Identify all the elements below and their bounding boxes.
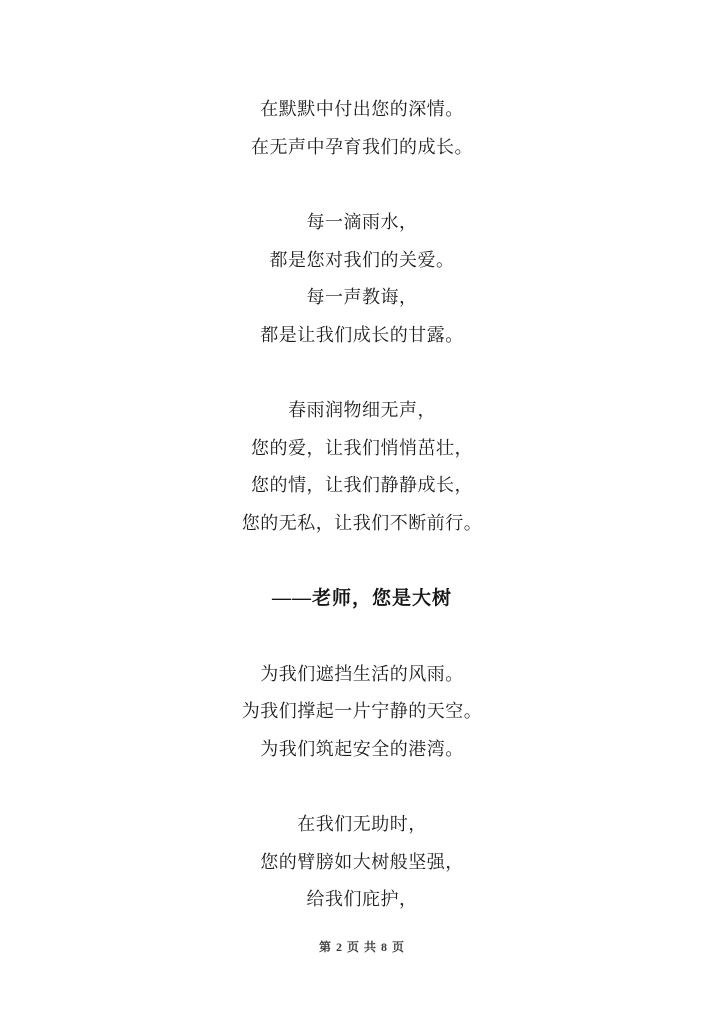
poem-line: 春雨润物细无声， [0, 392, 724, 430]
poem-section-heading: ——老师，您是大树 [0, 580, 724, 618]
poem-line: 为我们撑起一片宁静的天空。 [0, 693, 724, 731]
poem-stanza: 为我们遮挡生活的风雨。 为我们撑起一片宁静的天空。 为我们筑起安全的港湾。 [0, 656, 724, 769]
poem-stanza: 在我们无助时， 您的臂膀如大树般坚强， 给我们庇护， [0, 806, 724, 919]
poem-line: 每一声教诲， [0, 279, 724, 317]
document-page: 在默默中付出您的深情。 在无声中孕育我们的成长。 每一滴雨水， 都是您对我们的关… [0, 0, 724, 1024]
poem-line: 在无声中孕育我们的成长。 [0, 129, 724, 167]
poem-line: 在默默中付出您的深情。 [0, 91, 724, 129]
poem-line: 为我们遮挡生活的风雨。 [0, 656, 724, 694]
poem-stanza: 在默默中付出您的深情。 在无声中孕育我们的成长。 [0, 91, 724, 166]
poem-stanza: 春雨润物细无声， 您的爱，让我们悄悄茁壮， 您的情，让我们静静成长， 您的无私，… [0, 392, 724, 542]
poem-stanza: 每一滴雨水， 都是您对我们的关爱。 每一声教诲， 都是让我们成长的甘露。 [0, 204, 724, 354]
poem-line: 给我们庇护， [0, 881, 724, 919]
poem-line: 都是您对我们的关爱。 [0, 242, 724, 280]
page-number-footer: 第 2 页 共 8 页 [0, 938, 724, 955]
poem-line: 都是让我们成长的甘露。 [0, 317, 724, 355]
poem-line: 每一滴雨水， [0, 204, 724, 242]
poem-line: 为我们筑起安全的港湾。 [0, 731, 724, 769]
poem-line: 您的爱，让我们悄悄茁壮， [0, 430, 724, 468]
poem-line: 您的情，让我们静静成长， [0, 467, 724, 505]
document-body: 在默默中付出您的深情。 在无声中孕育我们的成长。 每一滴雨水， 都是您对我们的关… [0, 91, 724, 957]
poem-line: 您的无私，让我们不断前行。 [0, 505, 724, 543]
poem-line: 在我们无助时， [0, 806, 724, 844]
poem-line: 您的臂膀如大树般坚强， [0, 844, 724, 882]
